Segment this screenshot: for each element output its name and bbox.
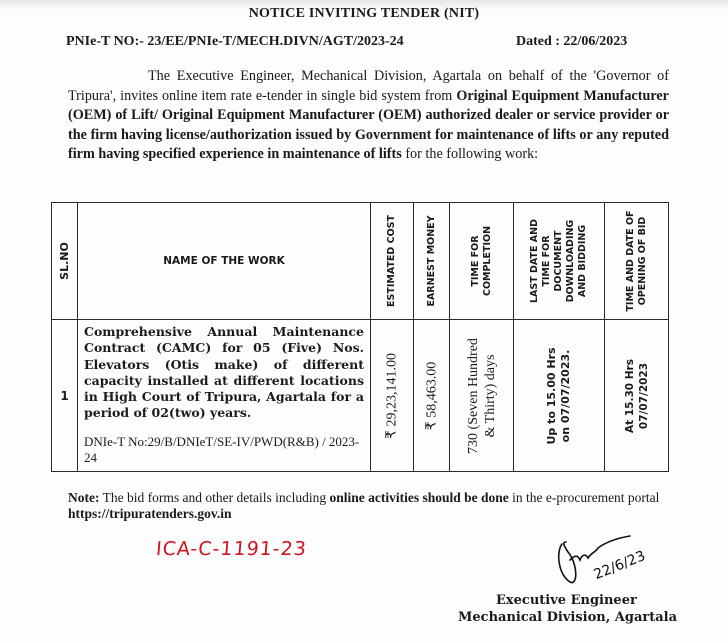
table-row: 1 Comprehensive Annual Maintenance Contr… — [52, 320, 669, 472]
header-name-of-work: NAME OF THE WORK — [78, 203, 371, 320]
cell-sl-no: 1 — [52, 320, 78, 472]
work-description: Comprehensive Annual Maintenance Contrac… — [84, 324, 364, 422]
note-paragraph: Note: The bid forms and other details in… — [68, 490, 668, 522]
cell-estimated-cost: ₹ 29,23,141.00 — [371, 320, 414, 472]
note-label: Note: — [68, 490, 99, 505]
document-date: Dated : 22/06/2023 — [516, 34, 627, 50]
header-sl-no: SL.NO — [52, 203, 78, 320]
document-title: NOTICE INVITING TENDER (NIT) — [0, 6, 728, 22]
cell-time-for-completion: 730 (Seven Hundred & Thirty) days — [450, 320, 514, 472]
header-estimated-cost: ESTIMATED COST — [371, 203, 414, 320]
svg-text:22/6/23: 22/6/23 — [592, 548, 648, 583]
dnit-number: DNIe-T No:29/B/DNIeT/SE-IV/PWD(R&B) / 20… — [84, 434, 364, 466]
handwritten-reference: ICA-C-1191-23 — [155, 538, 308, 560]
header-earnest-money: EARNEST MONEY — [414, 203, 450, 320]
cell-last-date: Up to 15.00 Hrs on 07/07/2023. — [514, 320, 605, 472]
portal-link[interactable]: https://tripuratenders.gov.in — [68, 506, 232, 521]
header-last-date: LAST DATE AND TIME FOR DOCUMENT DOWNLOAD… — [514, 203, 605, 320]
cell-opening-of-bid: At 15.30 Hrs 07/07/2023 — [605, 320, 669, 472]
signatory-office: Mechanical Division, Agartala — [458, 610, 677, 625]
cell-name-of-work: Comprehensive Annual Maintenance Contrac… — [78, 320, 371, 472]
reference-number: PNIe-T NO:- 23/EE/PNIe-T/MECH.DIVN/AGT/2… — [66, 34, 404, 50]
signature-icon: 22/6/23 — [548, 530, 658, 590]
intro-paragraph: The Executive Engineer, Mechanical Divis… — [68, 67, 669, 165]
signatory-designation: Executive Engineer — [496, 593, 637, 608]
header-time-for-completion: TIME FOR COMPLETION — [450, 203, 514, 320]
tender-table: SL.NO NAME OF THE WORK ESTIMATED COST EA… — [51, 202, 669, 472]
table-header-row: SL.NO NAME OF THE WORK ESTIMATED COST EA… — [52, 203, 669, 320]
header-opening-of-bid: TIME AND DATE OF OPENING OF BID — [605, 203, 669, 320]
cell-earnest-money: ₹ 58,463.00 — [414, 320, 450, 472]
intro-text-2: for the following work: — [402, 146, 538, 162]
